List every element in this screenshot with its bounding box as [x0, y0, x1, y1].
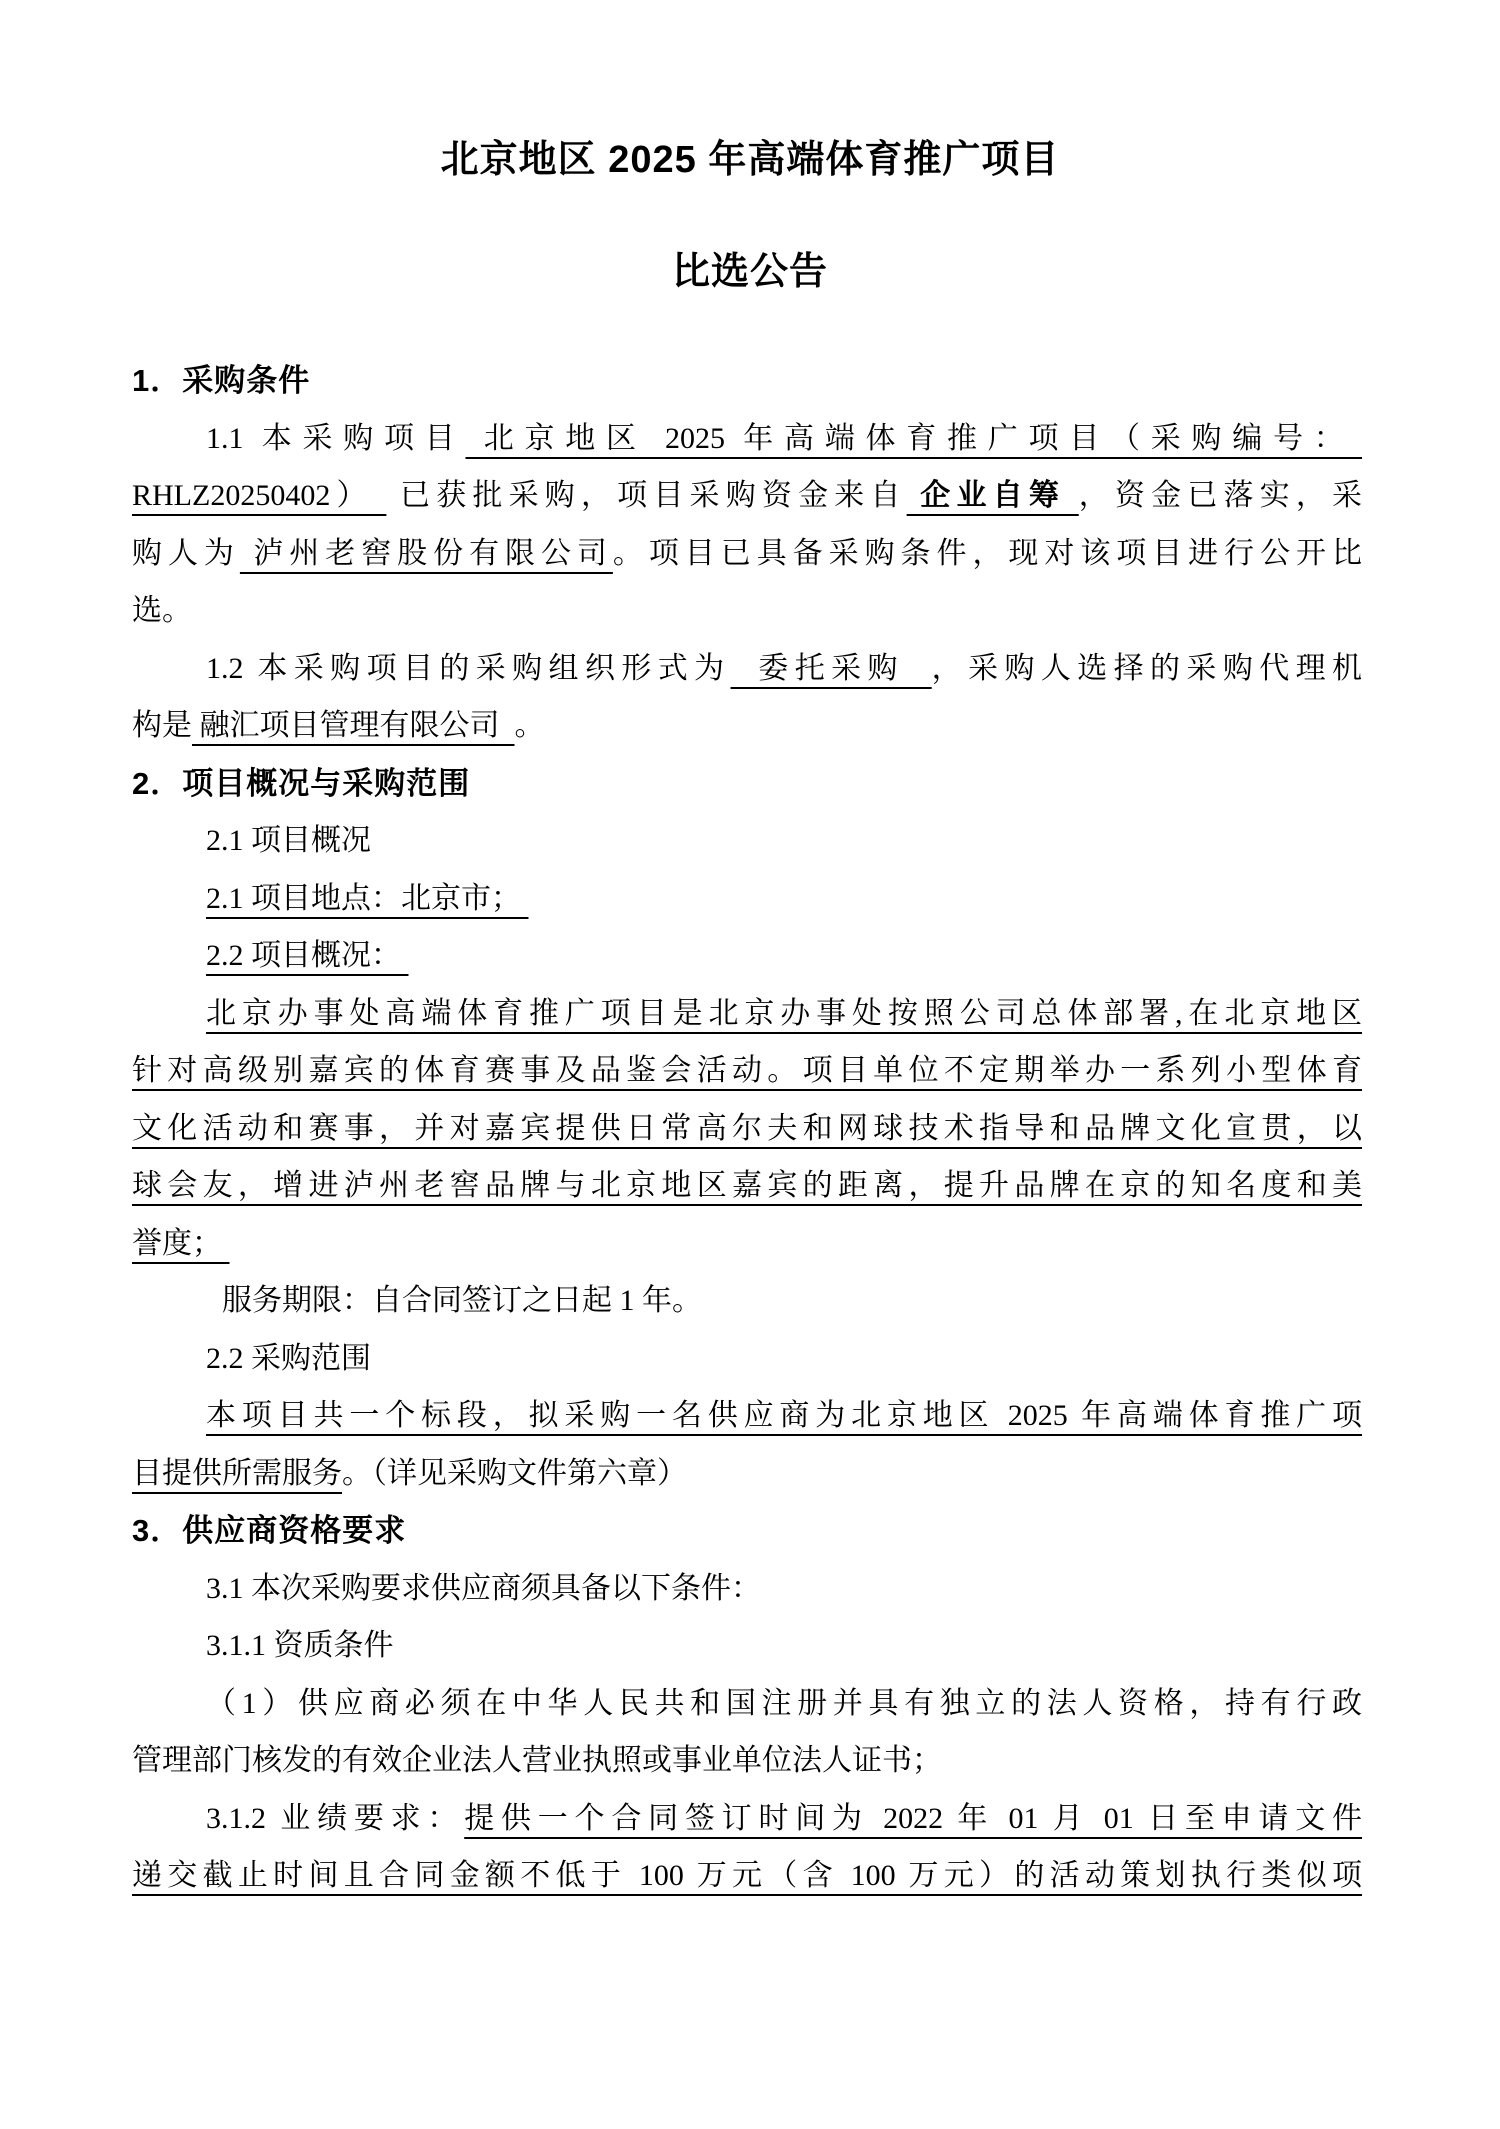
clause-text: 。 [515, 709, 545, 742]
qualification-line1: （1）供应商必须在中华人民共和国注册并具有独立的法人资格，持有行政 [132, 1675, 1362, 1733]
clause-text: 选。 [132, 594, 192, 627]
qualification-text: 管理部门核发的有效企业法人营业执照或事业单位法人证书； [132, 1744, 942, 1777]
clause-2-2-overview-label: 2.2 项目概况： [132, 927, 1362, 985]
overview-text: 针对高级别嘉宾的体育赛事及品鉴会活动。项目单位不定期举办一系列小型体育 [132, 1054, 1362, 1087]
section-3-heading: 3．供应商资格要求 [132, 1502, 1362, 1560]
section-2-heading: 2．项目概况与采购范围 [132, 755, 1362, 813]
blank-project-name: 北京地区 2025 年高端体育推广项目（采购编号： [466, 422, 1363, 455]
clause-text: 已获批采购，项目采购资金来自 [386, 479, 906, 512]
performance-requirement-text: 递交截止时间且合同金额不低于 100 万元（含 100 万元）的活动策划执行类似… [132, 1859, 1362, 1892]
clause-text: 构是 [132, 709, 192, 742]
clause-3-1-2-line2: 递交截止时间且合同金额不低于 100 万元（含 100 万元）的活动策划执行类似… [132, 1847, 1362, 1905]
clause-3-1-2-line1: 3.1.2 业绩要求：提供一个合同签订时间为 2022 年 01 月 01 日至… [132, 1790, 1362, 1848]
clause-text: 2.1 项目概况 [206, 824, 371, 857]
service-period: 服务期限：自合同签订之日起 1 年。 [132, 1272, 1362, 1330]
performance-requirement-text: 提供一个合同签订时间为 2022 年 01 月 01 日至申请文件 [464, 1802, 1362, 1835]
blank-procurement-number: RHLZ20250402） [132, 479, 386, 512]
clause-text: 。项目已具备采购条件，现对该项目进行公开比 [613, 537, 1362, 570]
clause-text: 1.1 本采购项目 [206, 422, 466, 455]
blank-funding-source: 企业自筹 [907, 479, 1079, 512]
scope-text: 目提供所需服务 [132, 1457, 342, 1490]
clause-text: 购人为 [132, 537, 240, 570]
project-overview-line5: 誉度； [132, 1215, 1362, 1273]
clause-text: ，资金已落实，采 [1079, 479, 1362, 512]
project-overview-line3: 文化活动和赛事，并对嘉宾提供日常高尔夫和网球技术指导和品牌文化宣贯，以 [132, 1100, 1362, 1158]
scope-text: 本项目共一个标段，拟采购一名供应商为北京地区 2025 年高端体育推广项 [206, 1399, 1362, 1432]
qualification-line2: 管理部门核发的有效企业法人营业执照或事业单位法人证书； [132, 1732, 1362, 1790]
project-overview-line2: 针对高级别嘉宾的体育赛事及品鉴会活动。项目单位不定期举办一系列小型体育 [132, 1042, 1362, 1100]
clause-1-2-line1: 1.2 本采购项目的采购组织形式为 委托采购 ，采购人选择的采购代理机 [132, 640, 1362, 698]
project-overview-line1: 北京办事处高端体育推广项目是北京办事处按照公司总体部署,在北京地区 [132, 985, 1362, 1043]
doc-subtitle: 比选公告 [0, 251, 1500, 293]
overview-text: 北京办事处高端体育推广项目是北京办事处按照公司总体部署,在北京地区 [206, 997, 1362, 1030]
clause-text: 2.2 项目概况： [206, 939, 409, 972]
clause-1-1-line1: 1.1 本采购项目 北京地区 2025 年高端体育推广项目（采购编号： [132, 410, 1362, 468]
clause-text: 2.2 采购范围 [206, 1342, 371, 1375]
clause-text: 3.1 本次采购要求供应商须具备以下条件： [206, 1572, 761, 1605]
section-1-heading: 1．采购条件 [132, 352, 1362, 410]
heading-text: 2．项目概况与采购范围 [132, 766, 470, 801]
doc-title: 北京地区 2025 年高端体育推广项目 [0, 139, 1500, 181]
clause-text: ，采购人选择的采购代理机 [932, 652, 1362, 685]
heading-text: 1．采购条件 [132, 363, 310, 398]
overview-text: 誉度； [132, 1227, 230, 1260]
clause-text: 3.1.2 业绩要求： [206, 1802, 464, 1835]
doc-body: 1．采购条件 1.1 本采购项目 北京地区 2025 年高端体育推广项目（采购编… [132, 352, 1362, 1905]
scope-line2: 目提供所需服务。（详见采购文件第六章） [132, 1445, 1362, 1503]
clause-3-1: 3.1 本次采购要求供应商须具备以下条件： [132, 1560, 1362, 1618]
blank-project-location: 2.1 项目地点：北京市； [206, 882, 529, 915]
project-overview-line4: 球会友，增进泸州老窖品牌与北京地区嘉宾的距离，提升品牌在京的知名度和美 [132, 1157, 1362, 1215]
clause-text: 。（详见采购文件第六章） [342, 1457, 687, 1490]
clause-text: 服务期限：自合同签订之日起 1 年。 [222, 1284, 702, 1317]
heading-text: 3．供应商资格要求 [132, 1513, 406, 1548]
clause-3-1-1: 3.1.1 资质条件 [132, 1617, 1362, 1675]
clause-text: 1.2 本采购项目的采购组织形式为 [206, 652, 731, 685]
clause-2-1-title: 2.1 项目概况 [132, 812, 1362, 870]
clause-2-1-location: 2.1 项目地点：北京市； [132, 870, 1362, 928]
blank-purchaser: 泸州老窖股份有限公司 [240, 537, 613, 570]
scope-line1: 本项目共一个标段，拟采购一名供应商为北京地区 2025 年高端体育推广项 [132, 1387, 1362, 1445]
announcement-page: 北京地区 2025 年高端体育推广项目 比选公告 1．采购条件 1.1 本采购项… [0, 0, 1500, 2129]
blank-organization-form: 委托采购 [731, 652, 932, 685]
clause-1-1-line4: 选。 [132, 582, 1362, 640]
clause-2-2-scope-title: 2.2 采购范围 [132, 1330, 1362, 1388]
clause-text: 3.1.1 资质条件 [206, 1629, 394, 1662]
overview-text: 文化活动和赛事，并对嘉宾提供日常高尔夫和网球技术指导和品牌文化宣贯，以 [132, 1112, 1362, 1145]
qualification-text: （1）供应商必须在中华人民共和国注册并具有独立的法人资格，持有行政 [206, 1687, 1362, 1720]
blank-agency-name: 融汇项目管理有限公司 [192, 709, 515, 742]
overview-text: 球会友，增进泸州老窖品牌与北京地区嘉宾的距离，提升品牌在京的知名度和美 [132, 1169, 1362, 1202]
clause-1-2-line2: 构是 融汇项目管理有限公司 。 [132, 697, 1362, 755]
clause-1-1-line2: RHLZ20250402） 已获批采购，项目采购资金来自 企业自筹 ，资金已落实… [132, 467, 1362, 525]
clause-1-1-line3: 购人为 泸州老窖股份有限公司。项目已具备采购条件，现对该项目进行公开比 [132, 525, 1362, 583]
